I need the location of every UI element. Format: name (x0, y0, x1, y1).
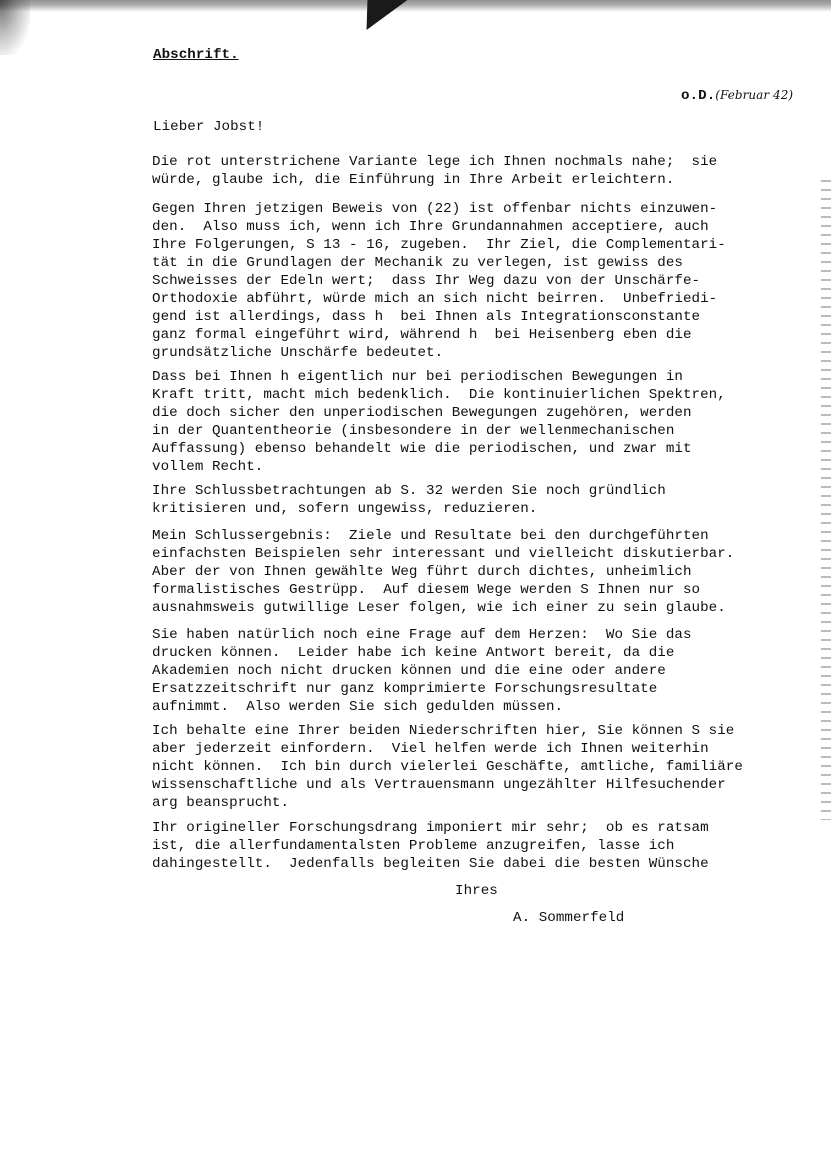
paragraph-8: Ihr origineller Forschungsdrang imponier… (152, 819, 709, 873)
paragraph-1: Die rot unterstrichene Variante lege ich… (152, 153, 717, 189)
paragraph-7: Ich behalte eine Ihrer beiden Niederschr… (152, 722, 743, 812)
torn-top-edge (0, 0, 831, 12)
date-line: o.D.(Februar 42) (681, 86, 793, 105)
handwritten-date: (Februar 42) (715, 88, 793, 102)
letter-page: Abschrift. o.D.(Februar 42) Lieber Jobst… (0, 0, 831, 1169)
paragraph-6: Sie haben natürlich noch eine Frage auf … (152, 626, 692, 716)
date-prefix: o.D. (681, 88, 715, 104)
closing: Ihres (455, 882, 498, 900)
paragraph-5: Mein Schlussergebnis: Ziele und Resultat… (152, 527, 734, 617)
paragraph-2: Gegen Ihren jetzigen Beweis von (22) ist… (152, 200, 726, 362)
signature: A. Sommerfeld (513, 909, 624, 927)
right-edge-marks (821, 180, 831, 820)
paragraph-3: Dass bei Ihnen h eigentlich nur bei peri… (152, 368, 726, 476)
corner-shadow (0, 0, 30, 55)
document-heading: Abschrift. (153, 46, 239, 64)
paragraph-4: Ihre Schlussbetrachtungen ab S. 32 werde… (152, 482, 666, 518)
salutation: Lieber Jobst! (153, 118, 264, 136)
